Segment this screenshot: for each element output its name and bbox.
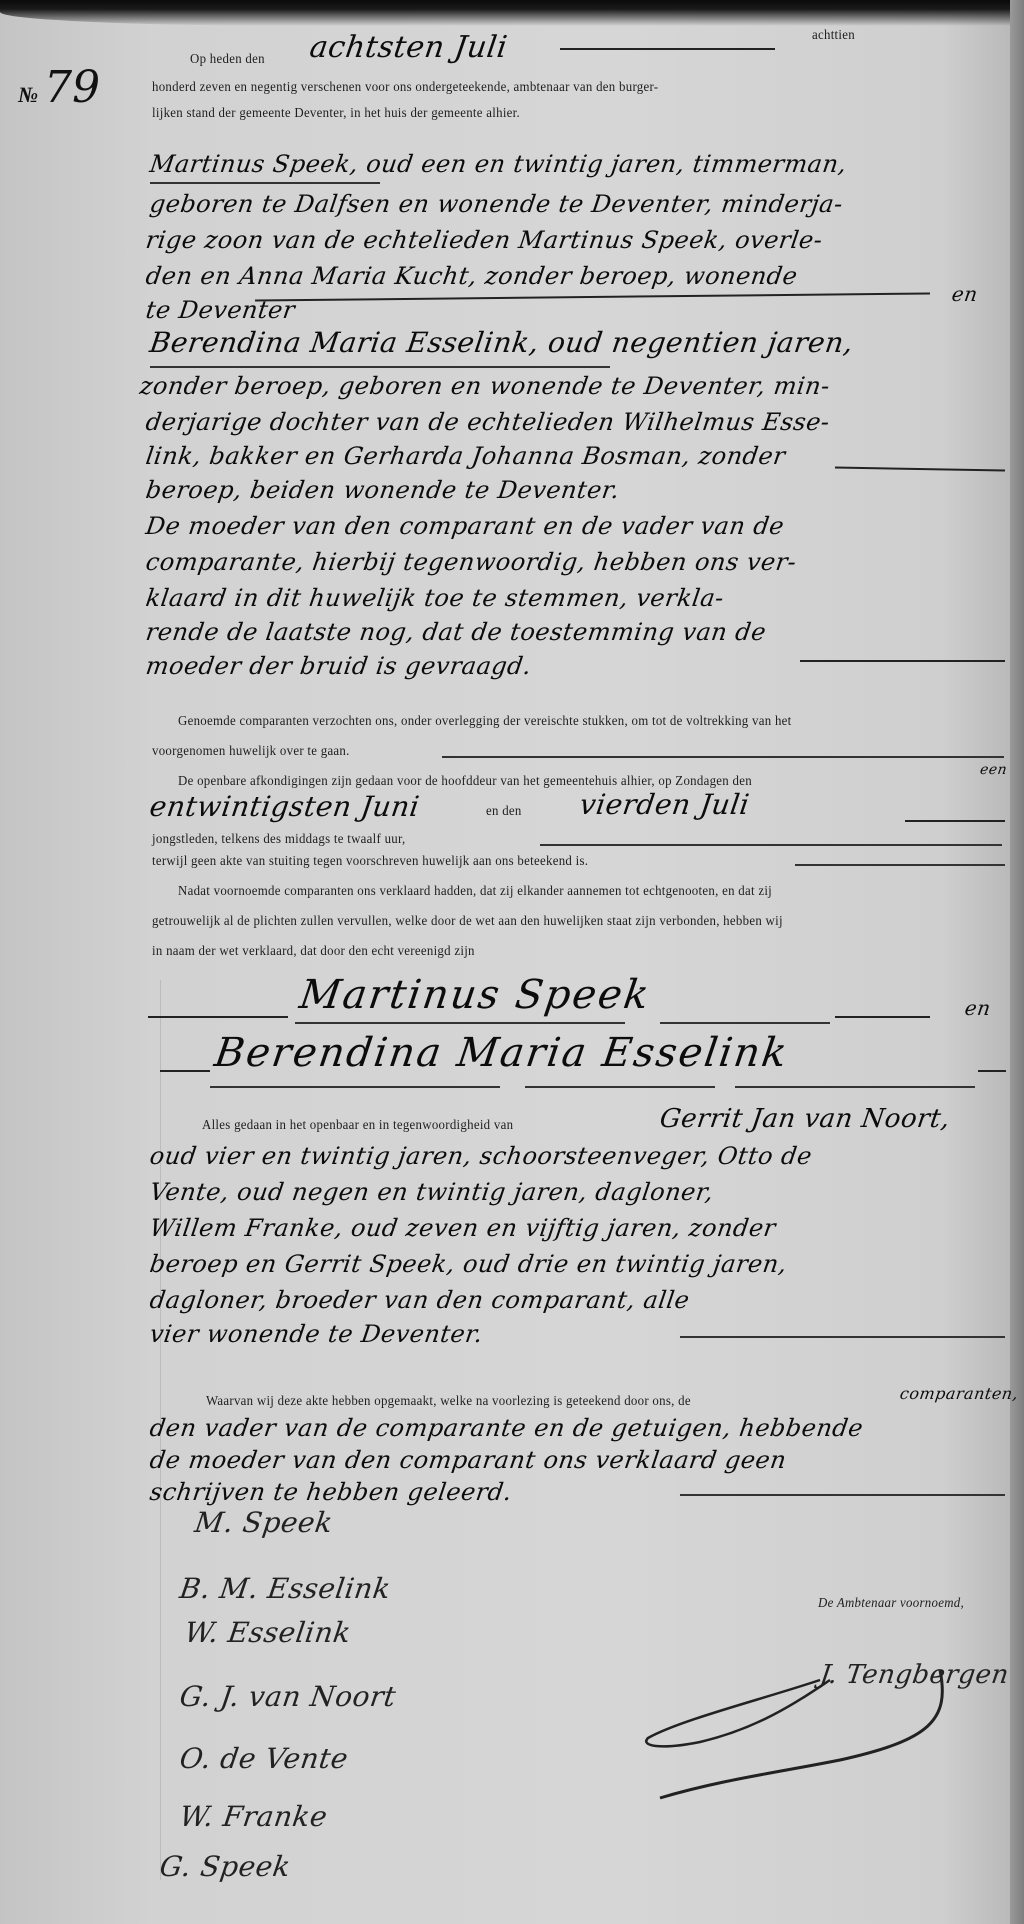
groom-line-2: geboren te Dalfsen en wonende te Devente… [148, 190, 845, 218]
closing-line-2: de moeder van den comparant ons verklaar… [148, 1446, 788, 1474]
afkondiging-date-1-start: een [979, 762, 1008, 778]
nadat-line-1: Nadat voornoemde comparanten ons verklaa… [178, 884, 772, 900]
signature-witness-2: O. de Vente [178, 1742, 351, 1775]
groom-line-3: rige zoon van de echtelieden Martinus Sp… [144, 226, 824, 254]
fill-rule [978, 1070, 1006, 1072]
groom-tail: en [950, 282, 979, 306]
bride-line-4: link, bakker en Gerharda Johanna Bosman,… [144, 442, 787, 470]
act-number-label: № [18, 82, 38, 107]
groom-line-1: Martinus Speek, oud een en twintig jaren… [148, 150, 849, 178]
act-number: №79 [18, 62, 100, 113]
consent-line-1: De moeder van den comparant en de vader … [144, 512, 786, 540]
intro-line-3: lijken stand der gemeente Deventer, in h… [152, 106, 520, 122]
bride-line-1: Berendina Maria Esselink, oud negentien … [148, 326, 856, 359]
witness-line-6: vier wonende te Deventer. [148, 1320, 485, 1348]
intro-line-1: Op heden den [190, 52, 265, 68]
afkondiging-date-1: entwintigsten Juni [148, 790, 422, 823]
intro-date-hand: achtsten Juli [308, 30, 510, 65]
official-signature-flourish [640, 1650, 970, 1820]
fill-rule [148, 1016, 288, 1018]
name-underline [525, 1086, 715, 1088]
bride-line-2: zonder beroep, geboren en wonende te Dev… [138, 372, 832, 400]
name-underline [150, 182, 380, 184]
married-groom: Martinus Speek [297, 972, 654, 1018]
nadat-line-2: getrouwelijk al de plichten zullen vervu… [152, 914, 783, 930]
scan-top-shadow [0, 0, 1024, 26]
fill-rule [680, 1336, 1005, 1338]
signature-bride: B. M. Esselink [178, 1572, 393, 1605]
afkondiging-en-den: en den [486, 804, 522, 820]
waarvan-tail: comparanten, [899, 1384, 1020, 1403]
waarvan-line: Waarvan wij deze akte hebben opgemaakt, … [206, 1394, 691, 1410]
fill-rule [540, 844, 1002, 846]
signature-groom: M. Speek [193, 1506, 335, 1539]
fill-rule [795, 864, 1005, 866]
name-underline [735, 1086, 975, 1088]
groom-line-4: den en Anna Maria Kucht, zonder beroep, … [144, 262, 799, 290]
signature-witness-4: G. Speek [158, 1850, 293, 1883]
afkondiging-line-3: jongstleden, telkens des middags te twaa… [152, 832, 406, 848]
act-number-value: 79 [44, 62, 100, 113]
fill-rule [680, 1494, 1005, 1496]
nadat-line-3: in naam der wet verklaard, dat door den … [152, 944, 475, 960]
consent-line-4: rende de laatste nog, dat de toestemming… [144, 618, 768, 646]
name-underline [295, 1022, 625, 1024]
name-underline [660, 1022, 830, 1024]
name-underline [150, 366, 610, 368]
ambtenaar-label: De Ambtenaar voornoemd, [818, 1596, 964, 1612]
name-underline [210, 1086, 500, 1088]
consent-line-3: klaard in dit huwelijk toe te stemmen, v… [144, 584, 726, 612]
fill-rule [160, 1070, 210, 1072]
witness-line-1: oud vier en twintig jaren, schoorsteenve… [148, 1142, 814, 1170]
witness-line-5: dagloner, broeder van den comparant, all… [148, 1286, 691, 1314]
fill-rule [835, 467, 1005, 472]
afkondiging-date-2: vierden Juli [578, 788, 752, 821]
signature-bride-father: W. Esselink [183, 1616, 353, 1649]
fill-rule [800, 660, 1005, 662]
witness-line-4: beroep en Gerrit Speek, oud drie en twin… [148, 1250, 789, 1278]
closing-line-1: den vader van de comparante en de getuig… [148, 1414, 865, 1442]
genoemde-line-2: voorgenomen huwelijk over te gaan. [152, 744, 350, 760]
stuiting-line: terwijl geen akte van stuiting tegen voo… [152, 854, 588, 870]
fill-rule [835, 1016, 930, 1018]
intro-line-2: honderd zeven en negentig verschenen voo… [152, 80, 658, 96]
closing-line-3: schrijven te hebben geleerd. [148, 1478, 514, 1506]
bride-line-5: beroep, beiden wonende te Deventer. [144, 476, 621, 504]
alles-line: Alles gedaan in het openbaar en in tegen… [202, 1118, 513, 1134]
bride-line-3: derjarige dochter van de echtelieden Wil… [144, 408, 832, 436]
married-and: en [963, 996, 992, 1020]
document-page: №79 Op heden den achtsten Juli achttien … [0, 0, 1024, 1924]
signature-witness-1: G. J. van Noort [178, 1680, 398, 1713]
genoemde-line-1: Genoemde comparanten verzochten ons, ond… [178, 714, 792, 730]
consent-line-2: comparante, hierbij tegenwoordig, hebben… [144, 548, 798, 576]
intro-line-1-tail: achttien [812, 28, 855, 44]
fill-rule [905, 820, 1005, 822]
fill-rule [255, 292, 930, 301]
signature-witness-3: W. Franke [178, 1800, 330, 1833]
witness-first: Gerrit Jan van Noort, [658, 1104, 952, 1134]
scan-right-edge [1010, 0, 1024, 1924]
fill-rule [442, 756, 1004, 758]
consent-line-5: moeder der bruid is gevraagd. [144, 652, 533, 680]
fill-rule [560, 48, 775, 50]
married-bride: Berendina Maria Esselink [212, 1030, 792, 1076]
witness-line-2: Vente, oud negen en twintig jaren, daglo… [148, 1178, 715, 1206]
witness-line-3: Willem Franke, oud zeven en vijftig jare… [148, 1214, 778, 1242]
